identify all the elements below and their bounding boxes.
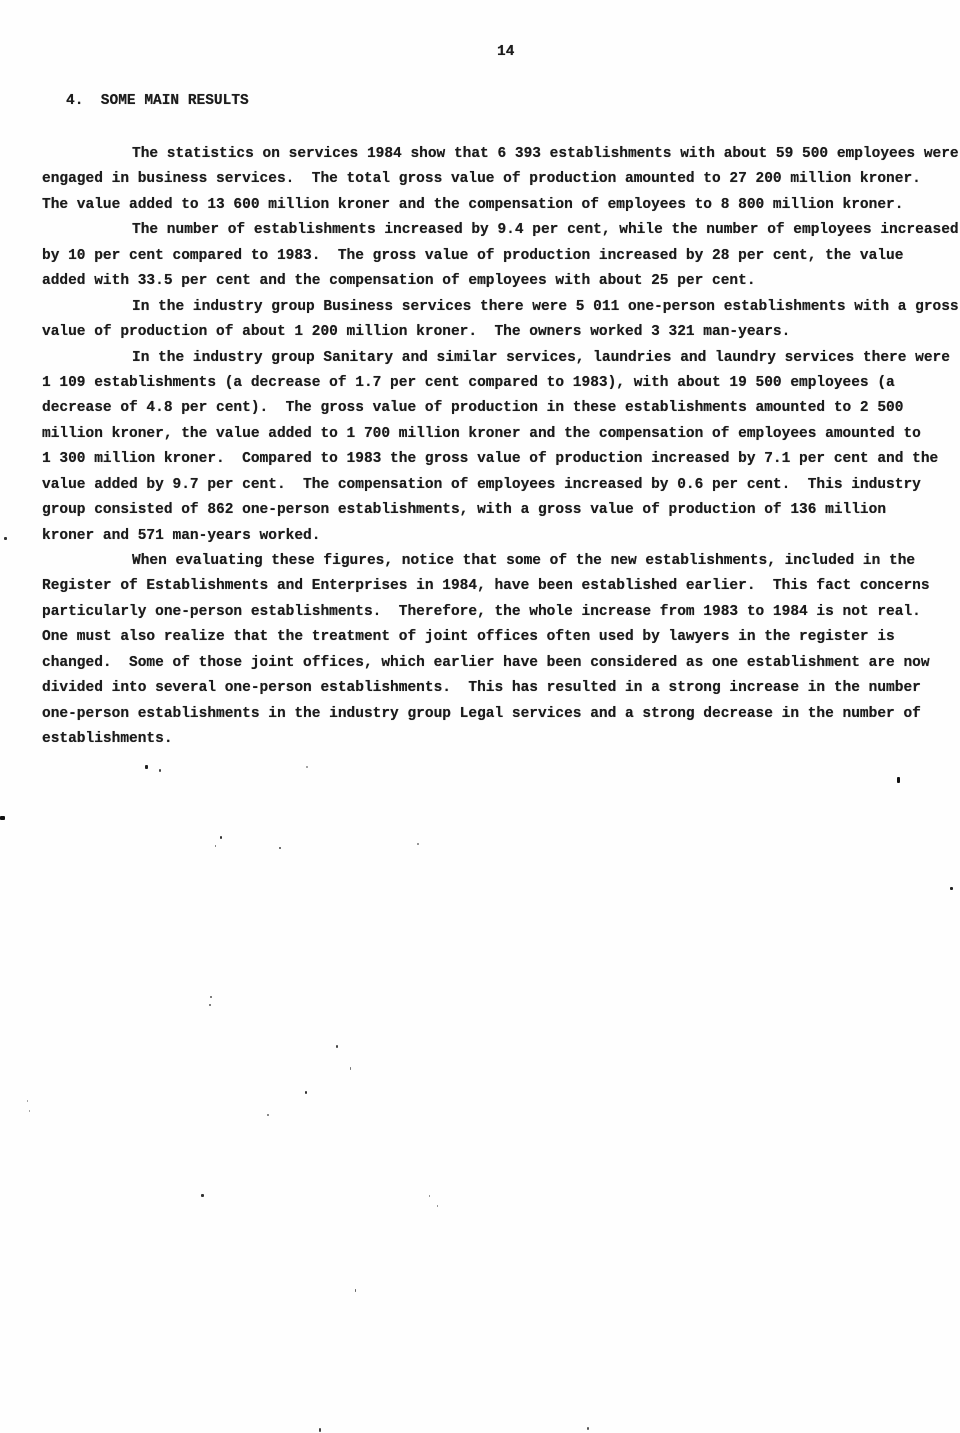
text-line: by 10 per cent compared to 1983. The gro…	[42, 244, 950, 269]
scan-speck	[4, 537, 7, 540]
scan-speck	[305, 1091, 307, 1094]
text-line: engaged in business services. The total …	[42, 167, 950, 192]
scan-speck	[897, 777, 900, 783]
text-line: divided into several one-person establis…	[42, 676, 950, 701]
scan-speck	[336, 1045, 338, 1048]
scan-speck	[27, 1100, 28, 1102]
scanned-document-page: 14 4. SOME MAIN RESULTS The statistics o…	[0, 0, 960, 1433]
scan-speck	[279, 847, 281, 849]
text-line: Register of Establishments and Enterpris…	[42, 574, 950, 599]
text-line: 1 109 establishments (a decrease of 1.7 …	[42, 371, 950, 396]
text-line: When evaluating these figures, notice th…	[42, 549, 950, 574]
scan-speck	[201, 1194, 204, 1197]
text-line: In the industry group Sanitary and simil…	[42, 346, 950, 371]
text-line: The number of establishments increased b…	[42, 218, 950, 243]
text-line: group consisted of 862 one-person establ…	[42, 498, 950, 523]
scan-speck	[437, 1205, 438, 1207]
scan-speck	[209, 1004, 211, 1006]
scan-speck	[159, 769, 161, 772]
section-heading: 4. SOME MAIN RESULTS	[66, 91, 249, 111]
scan-speck	[417, 843, 419, 845]
text-line: million kroner, the value added to 1 700…	[42, 422, 950, 447]
page-number: 14	[497, 42, 514, 62]
scan-speck	[306, 766, 308, 768]
scan-speck	[587, 1427, 589, 1430]
text-line: The value added to 13 600 million kroner…	[42, 193, 950, 218]
scan-speck	[429, 1195, 430, 1197]
text-line: decrease of 4.8 per cent). The gross val…	[42, 396, 950, 421]
scan-speck	[319, 1428, 321, 1432]
scan-speck	[0, 816, 5, 820]
text-line: The statistics on services 1984 show tha…	[42, 142, 950, 167]
text-line: one-person establishments in the industr…	[42, 702, 950, 727]
scan-speck	[215, 845, 216, 847]
scan-speck	[950, 887, 953, 890]
text-line: establishments.	[42, 727, 950, 752]
text-line: added with 33.5 per cent and the compens…	[42, 269, 950, 294]
scan-speck	[220, 836, 222, 839]
text-line: In the industry group Business services …	[42, 295, 950, 320]
text-line: 1 300 million kroner. Compared to 1983 t…	[42, 447, 950, 472]
text-line: kroner and 571 man-years worked.	[42, 524, 950, 549]
text-line: particularly one-person establishments. …	[42, 600, 950, 625]
body-text: The statistics on services 1984 show tha…	[42, 142, 950, 753]
text-line: value added by 9.7 per cent. The compens…	[42, 473, 950, 498]
scan-speck	[355, 1289, 356, 1292]
scan-speck	[350, 1067, 351, 1070]
text-line: changed. Some of those joint offices, wh…	[42, 651, 950, 676]
text-line: One must also realize that the treatment…	[42, 625, 950, 650]
scan-speck	[29, 1110, 30, 1112]
scan-speck	[210, 996, 212, 998]
text-line: value of production of about 1 200 milli…	[42, 320, 950, 345]
scan-speck	[145, 765, 148, 769]
scan-speck	[267, 1114, 269, 1116]
